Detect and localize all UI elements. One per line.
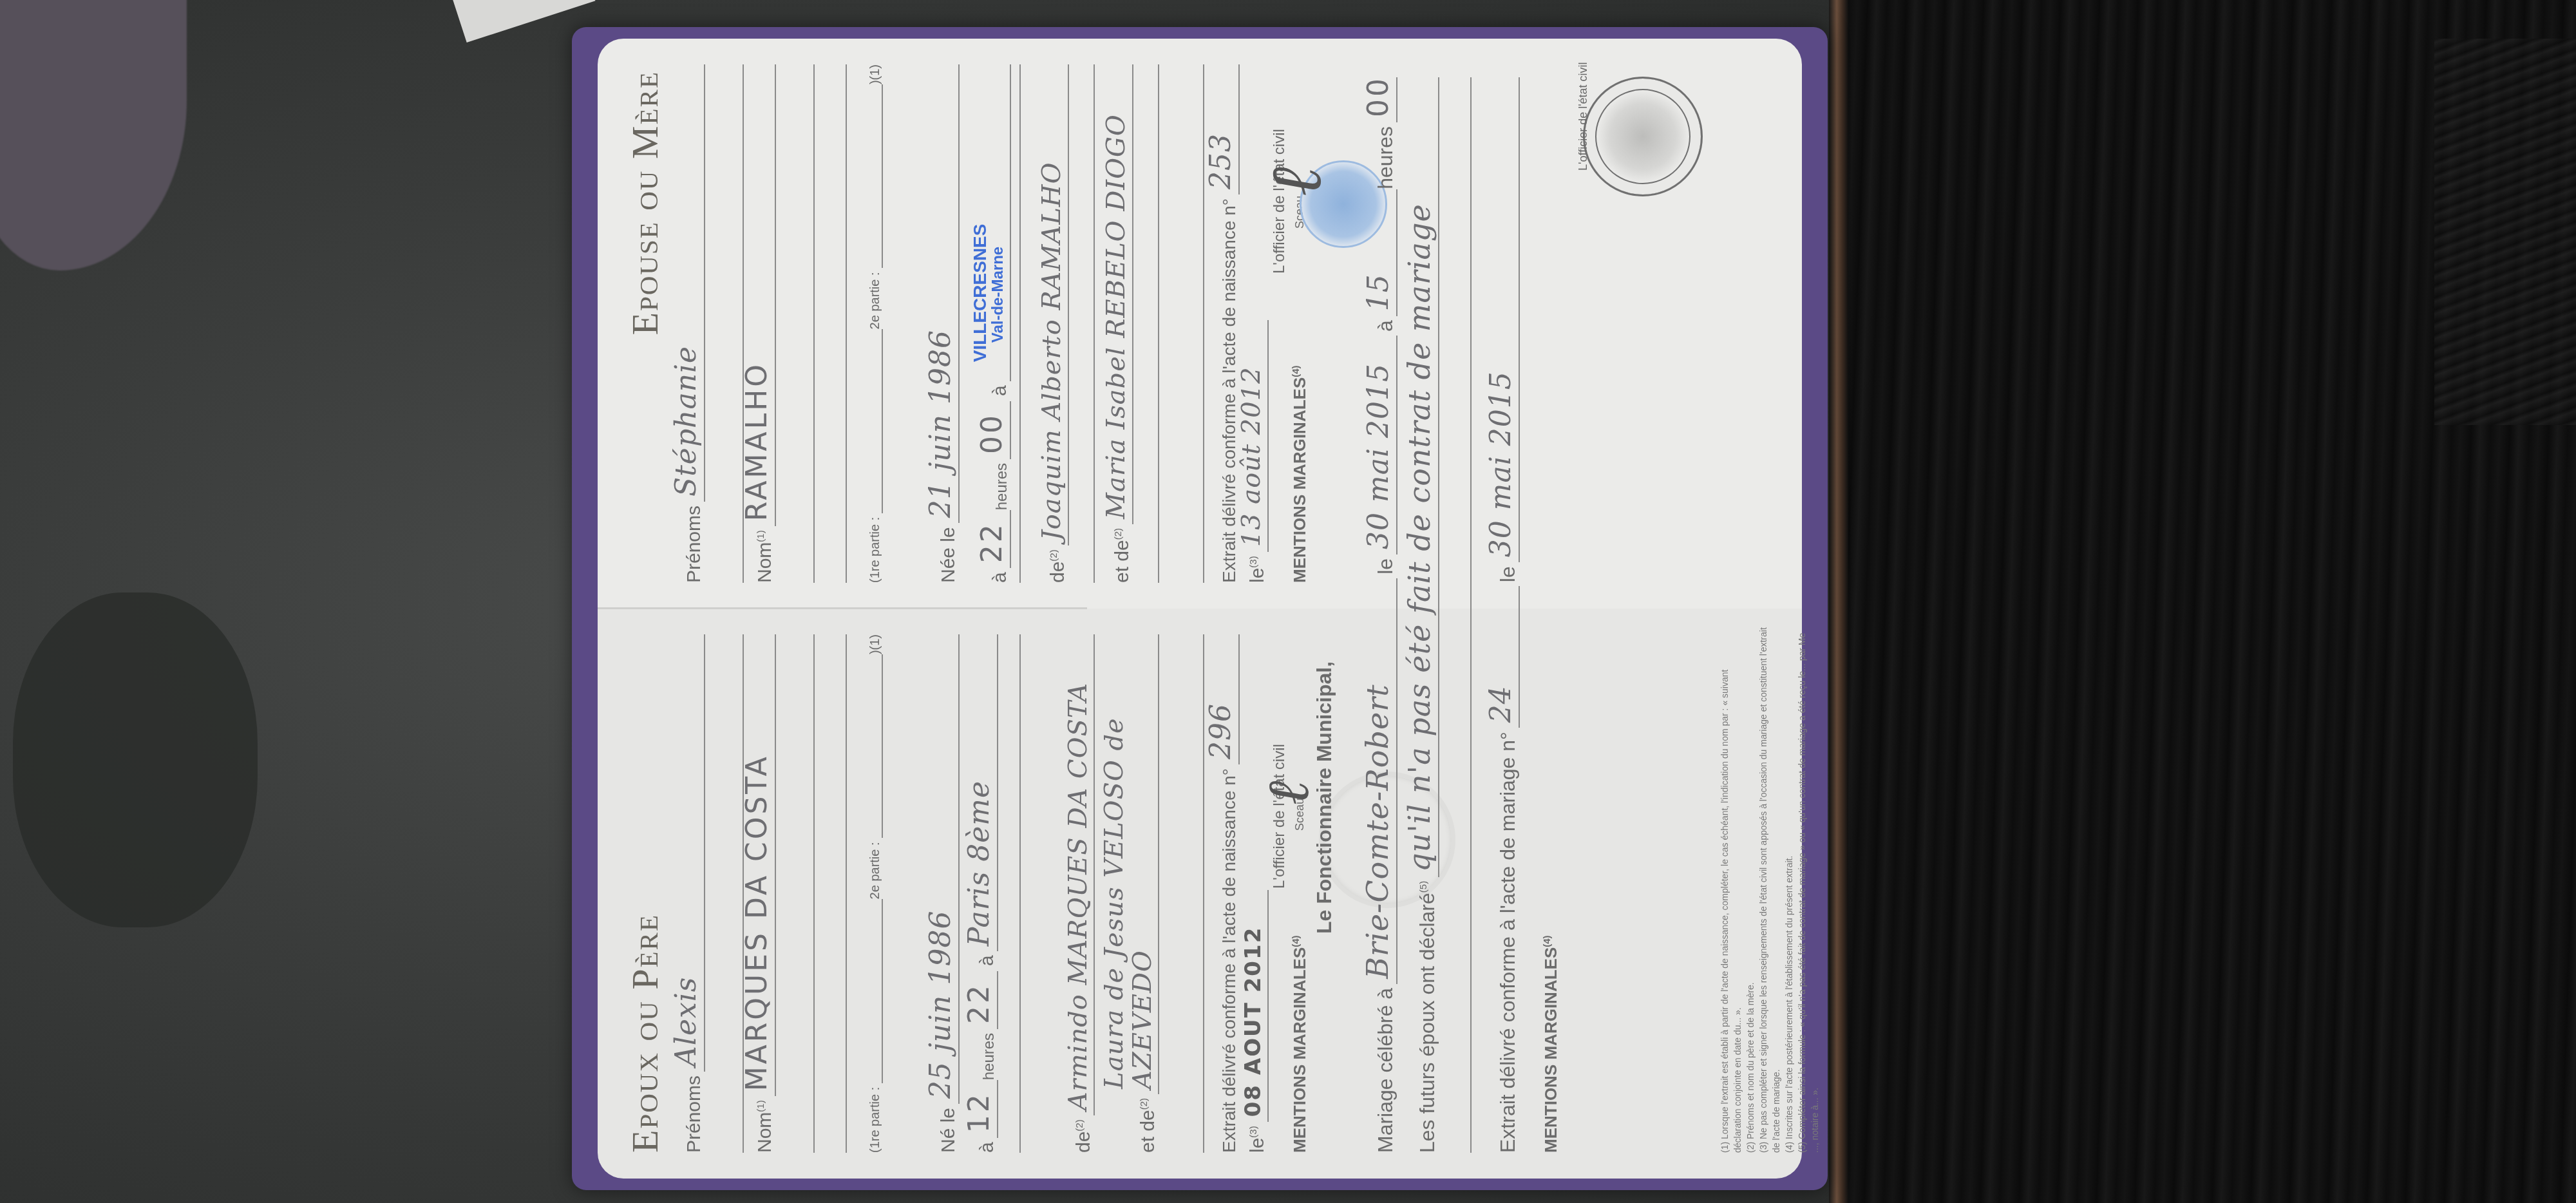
wood-table (1848, 0, 2576, 1203)
section-mariage: Mariage célébré à Brie-Comte-Robert le 3… (1358, 39, 1802, 1179)
page-fold (598, 607, 1087, 609)
value-mother-epoux: Laura de Jesus VELOSO de AZEVEDO (1100, 625, 1157, 1089)
value-nom-epoux: MARQUES DA COSTA (741, 754, 773, 1091)
value-extrait-mariage-date: 30 mai 2015 (1484, 371, 1517, 557)
wood-table-edge (1829, 0, 1848, 1203)
field-prenoms-epoux: Prénoms Alexis (678, 634, 705, 1153)
signature-epouse: ℓ (1255, 167, 1338, 196)
field-prenoms-epouse: Prénoms Stéphanie (678, 64, 705, 583)
value-declaration: qu'il n'a pas été fait de contrat de mar… (1402, 204, 1437, 872)
field-mere-epouse: et de(2) Maria Isabel REBELO DIOGO (1106, 64, 1133, 583)
value-mariage-minutes: 00 (1362, 76, 1395, 117)
value-mother-epouse: Maria Isabel REBELO DIOGO (1101, 114, 1131, 519)
mentions-marginales-epoux: MENTIONS MARGINALES(4) (1290, 935, 1310, 1153)
value-extrait-date-epoux: 08 AOUT 2012 (1240, 927, 1266, 1117)
value-mariage-hour: 15 (1362, 274, 1395, 311)
officer-label-epoux: L'officier de l'état civil (1271, 744, 1289, 889)
mentions-marginales-epouse: MENTIONS MARGINALES(4) (1290, 365, 1310, 583)
value-extrait-mariage-number: 24 (1484, 685, 1517, 723)
signature-epoux: ℓ (1255, 781, 1322, 806)
field-extrait-naissance-epouse: Extrait délivré conforme à l'acte de nai… (1213, 64, 1240, 583)
label-prenoms: Prénoms (683, 1075, 705, 1153)
value-prenoms-epouse: Stéphanie (670, 346, 703, 497)
value-extrait-number-epoux: 296 (1204, 703, 1237, 759)
heading-epoux: Epoux ou Père (623, 914, 667, 1153)
value-birth-date-epouse: 21 juin 1986 (924, 330, 957, 518)
field-extrait-date-epouse: le(3) 13 août 2012 (1242, 64, 1269, 583)
value-extrait-date-epouse: 13 août 2012 (1236, 366, 1266, 547)
value-nom-epouse: RAMALHO (741, 362, 773, 521)
field-pere-epouse: de(2) Joaquim Alberto RAMALHO (1042, 64, 1069, 583)
value-birth-place-epoux: Paris 8ème (963, 781, 996, 946)
field-extrait-date-epoux: le(3) 08 AOUT 2012 (1242, 634, 1269, 1153)
value-birth-date-epoux: 25 juin 1986 (924, 911, 957, 1099)
field-nom-epoux: Nom(1) MARQUES DA COSTA (749, 634, 776, 1153)
stamp-birth-city: VILLECRESNES (970, 224, 990, 363)
field-lieu-naissance-epoux: à 12 heures 22 à Paris 8ème (971, 634, 998, 1153)
value-mariage-date: 30 mai 2015 (1362, 363, 1395, 549)
value-prenoms-epoux: Alexis (670, 977, 703, 1066)
field-naissance-epouse: Née le 21 juin 1986 (933, 64, 960, 583)
shadow-object (13, 592, 258, 927)
footnotes: (1) Lorsque l'extrait est établi à parti… (1718, 625, 1821, 1153)
livret-de-famille: Epoux ou Père Prénoms Alexis Nom(1) MARQ… (598, 39, 1802, 1179)
value-father-epouse: Joaquim Alberto RAMALHO (1037, 162, 1066, 540)
value-father-epoux: Armindo MARQUES DA COSTA (1064, 634, 1092, 1110)
officer-label-epouse: L'officier de l'état civil (1271, 129, 1289, 274)
field-pere-epoux: de(2) Armindo MARQUES DA COSTA (1042, 634, 1095, 1153)
value-extrait-number-epouse: 253 (1204, 133, 1237, 189)
mentions-marginales-mariage: MENTIONS MARGINALES(4) (1541, 935, 1561, 1153)
field-partie-epoux: (1re partie : 2e partie : )(1) (868, 634, 883, 1153)
field-declaration: Les futurs époux ont déclaré(5) qu'il n'… (1412, 77, 1439, 1153)
stamp-birth-dept: Val-de-Marne (989, 247, 1007, 343)
value-mariage-lieu: Brie-Comte-Robert (1360, 684, 1395, 979)
field-lieu-naissance-epouse: à 22 heures 00 à VILLECRESNES Val-de-Mar… (971, 64, 1011, 583)
field-extrait-naissance-epoux: Extrait délivré conforme à l'acte de nai… (1213, 634, 1240, 1153)
heading-epouse: Epouse ou Mère (623, 71, 667, 336)
field-mariage-celebre: Mariage célébré à Brie-Comte-Robert le 3… (1370, 77, 1397, 1153)
field-mere-epoux: et de(2) Laura de Jesus VELOSO de AZEVED… (1106, 634, 1159, 1153)
field-extrait-mariage: Extrait délivré conforme à l'acte de mar… (1493, 77, 1520, 1153)
field-naissance-epoux: Né le 25 juin 1986 (933, 634, 960, 1153)
label-nom: Nom (754, 1112, 775, 1153)
field-partie-epouse: (1re partie : 2e partie : )(1) (868, 64, 883, 583)
field-nom-epouse: Nom(1) RAMALHO (749, 64, 776, 583)
